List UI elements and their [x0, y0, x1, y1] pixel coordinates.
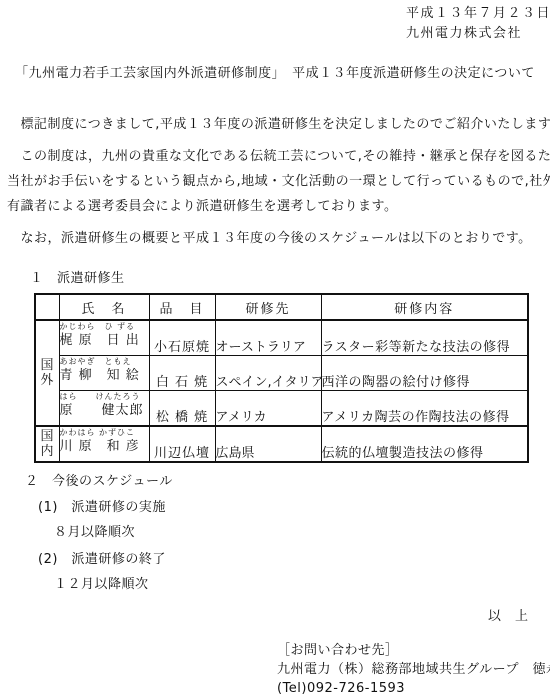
header-group-cell — [35, 294, 59, 320]
training-destination: オーストラリア — [215, 320, 321, 356]
contact-org: 九州電力（株）総務部地域共生グループ 徳永 — [277, 660, 550, 679]
table-row: あおやぎ ともえ 青 柳 知 絵 白 石 焼 スペイン,イタリア 西洋の陶器の絵… — [35, 356, 528, 391]
training-content: ラスター彩等新たな技法の修得 — [321, 320, 528, 356]
training-destination: スペイン,イタリア — [215, 356, 321, 391]
furigana-text: かわはら かずひこ — [60, 427, 149, 438]
training-destination: アメリカ — [215, 391, 321, 427]
contact-title: ［お問い合わせ先］ — [277, 641, 550, 660]
craft-item: 白 石 焼 — [149, 356, 215, 391]
craft-item: 松 橋 焼 — [149, 391, 215, 427]
body-text: 標記制度につきまして,平成１３年度の派遣研修生を決定しましたのでご紹介いたします… — [7, 112, 537, 251]
section2-heading: ２ 今後のスケジュール — [25, 470, 173, 489]
closing-text: 以 上 — [488, 605, 529, 624]
trainee-name-cell: かじわら ひ ずる 梶 原 日 出 — [59, 320, 149, 356]
furigana-text: あおやぎ ともえ — [60, 356, 149, 367]
furigana-text: はら けんたろう — [60, 391, 149, 402]
trainee-name: 青 柳 知 絵 — [60, 367, 149, 385]
header-content: 研修内容 — [321, 294, 528, 320]
date-block: 平成１３年７月２３日 九州電力株式会社 — [406, 4, 550, 44]
trainee-name-cell: はら けんたろう 原 健太郎 — [59, 391, 149, 427]
trainee-name: 川 原 和 彦 — [60, 438, 149, 456]
company-name: 九州電力株式会社 — [406, 24, 550, 44]
document-page: 平成１３年７月２３日 九州電力株式会社 「九州電力若手工芸家国内外派遣研修制度」… — [0, 0, 550, 700]
header-destination: 研修先 — [215, 294, 321, 320]
document-date: 平成１３年７月２３日 — [406, 4, 550, 24]
paragraph-3: なお，派遣研修生の概要と平成１３年度の今後のスケジュールは以下のとおりです。 — [7, 226, 537, 251]
training-content: 西洋の陶器の絵付け修得 — [321, 356, 528, 391]
trainee-table: 氏 名 品 目 研修先 研修内容 国外 かじわら ひ ずる 梶 原 日 出 小石… — [34, 293, 529, 463]
trainee-name-cell: かわはら かずひこ 川 原 和 彦 — [59, 426, 149, 462]
table-row: 国外 かじわら ひ ずる 梶 原 日 出 小石原焼 オーストラリア ラスター彩等… — [35, 320, 528, 356]
schedule-item-1-label: (1) 派遣研修の実施 — [38, 495, 338, 520]
contact-tel: (Tel)092-726-1593 — [277, 679, 550, 698]
craft-item: 小石原焼 — [149, 320, 215, 356]
schedule-item-1-detail: ８月以降順次 — [38, 520, 338, 545]
craft-item: 川辺仏壇 — [149, 426, 215, 462]
header-name: 氏 名 — [59, 294, 149, 320]
group-label-domestic: 国内 — [35, 426, 59, 462]
trainee-name: 原 健太郎 — [60, 402, 149, 420]
paragraph-1: 標記制度につきまして,平成１３年度の派遣研修生を決定しましたのでご紹介いたします… — [7, 112, 537, 137]
training-content: アメリカ陶芸の作陶技法の修得 — [321, 391, 528, 427]
paragraph-2-line-1: この制度は，九州の貴重な文化である伝統工芸について,その維持・継承と保存を図るた… — [7, 144, 537, 169]
schedule-item-2-detail: １２月以降順次 — [38, 572, 338, 597]
paragraph-2-line-2: 当社がお手伝いをするという観点から,地域・文化活動の一環として行っているもので,… — [7, 169, 537, 194]
trainee-name: 梶 原 日 出 — [60, 332, 149, 350]
table-row: はら けんたろう 原 健太郎 松 橋 焼 アメリカ アメリカ陶芸の作陶技法の修得 — [35, 391, 528, 427]
schedule-item-2-label: (2) 派遣研修の終了 — [38, 547, 338, 572]
contact-block: ［お問い合わせ先］ 九州電力（株）総務部地域共生グループ 徳永 (Tel)092… — [277, 641, 550, 698]
training-content: 伝統的仏壇製造技法の修得 — [321, 426, 528, 462]
training-destination: 広島県 — [215, 426, 321, 462]
header-item: 品 目 — [149, 294, 215, 320]
section1-heading: １ 派遣研修生 — [30, 267, 125, 286]
table-row: 国内 かわはら かずひこ 川 原 和 彦 川辺仏壇 広島県 伝統的仏壇製造技法の… — [35, 426, 528, 462]
table-header-row: 氏 名 品 目 研修先 研修内容 — [35, 294, 528, 320]
furigana-text: かじわら ひ ずる — [60, 321, 149, 332]
schedule-list: (1) 派遣研修の実施 ８月以降順次 (2) 派遣研修の終了 １２月以降順次 — [38, 495, 338, 597]
trainee-name-cell: あおやぎ ともえ 青 柳 知 絵 — [59, 356, 149, 391]
document-title: 「九州電力若手工芸家国内外派遣研修制度」 平成１３年度派遣研修生の決定について — [0, 62, 550, 81]
group-label-overseas: 国外 — [35, 320, 59, 426]
paragraph-2-line-3: 有識者による選考委員会により派遣研修生を選考しております。 — [7, 194, 537, 219]
